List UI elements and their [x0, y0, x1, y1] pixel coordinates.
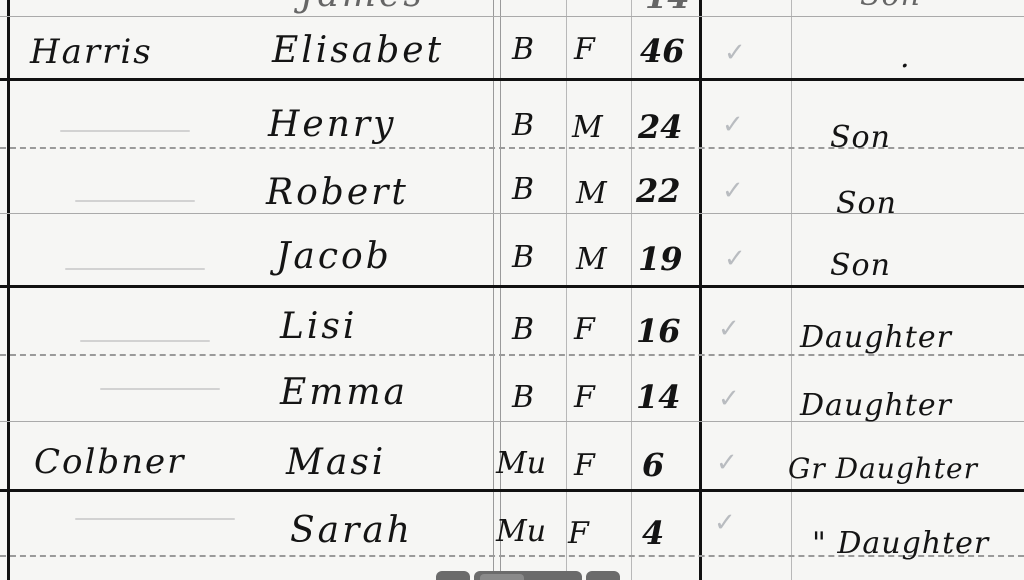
check-mark-icon: ✓	[724, 244, 746, 274]
ditto-stroke	[60, 130, 190, 132]
given-name: Sarah	[290, 510, 413, 551]
race: B	[512, 312, 534, 347]
ditto-stroke	[80, 340, 210, 342]
age: 24	[638, 108, 683, 146]
relationship: " Daughter	[812, 526, 989, 561]
sex: M	[572, 110, 603, 145]
given-name: Emma	[280, 372, 408, 413]
column-rule	[493, 0, 494, 580]
row-rule-thick	[0, 489, 1024, 492]
ditto-stroke	[75, 518, 235, 520]
age: 16	[636, 312, 681, 350]
relationship: Daughter	[800, 320, 952, 355]
column-rule	[631, 0, 632, 580]
check-mark-icon: ✓	[718, 384, 740, 414]
relationship: Daughter	[800, 388, 952, 423]
age: 19	[638, 240, 683, 278]
sex: F	[574, 448, 595, 483]
column-rule	[500, 0, 501, 580]
relationship: Son	[830, 120, 891, 155]
surname: Harris	[30, 32, 153, 72]
relationship: .	[900, 40, 911, 75]
next-button[interactable]	[586, 571, 620, 580]
row-rule	[0, 16, 1024, 17]
age: 14	[636, 378, 681, 416]
partial-age: 14	[645, 0, 690, 16]
partial-given-name: James	[300, 0, 425, 15]
column-rule-thick	[699, 0, 702, 580]
census-page-image: James 14 Son Harris Elisabet B F 46 ✓ . …	[0, 0, 1024, 580]
column-rule	[791, 0, 792, 580]
previous-button[interactable]	[436, 571, 470, 580]
zoom-control[interactable]	[474, 571, 582, 580]
race: B	[512, 172, 534, 207]
given-name: Masi	[286, 442, 386, 483]
sex: M	[576, 176, 607, 211]
sex: F	[574, 312, 595, 347]
left-border-rule	[7, 0, 10, 580]
sex: F	[574, 32, 595, 67]
sex: F	[568, 516, 589, 551]
relationship: Son	[830, 248, 891, 283]
check-mark-icon: ✓	[722, 176, 744, 206]
race: B	[512, 240, 534, 275]
column-rule	[566, 0, 567, 580]
age: 46	[640, 32, 685, 70]
partial-relationship: Son	[860, 0, 921, 13]
surname: Colbner	[34, 442, 185, 482]
relationship: Son	[836, 186, 897, 221]
given-name: Elisabet	[272, 30, 444, 71]
viewer-toolbar	[436, 571, 620, 580]
race: Mu	[496, 446, 546, 481]
given-name: Henry	[268, 104, 396, 145]
ditto-stroke	[75, 200, 195, 202]
check-mark-icon: ✓	[724, 38, 746, 68]
check-mark-icon: ✓	[718, 314, 740, 344]
sex: M	[576, 242, 607, 277]
given-name: Robert	[266, 172, 409, 213]
race: B	[512, 380, 534, 415]
row-rule-thick	[0, 285, 1024, 288]
check-mark-icon: ✓	[716, 448, 738, 478]
given-name: Lisi	[280, 306, 357, 347]
zoom-slider-handle[interactable]	[480, 574, 524, 580]
race: B	[512, 108, 534, 143]
age: 4	[642, 514, 664, 552]
sex: F	[574, 380, 595, 415]
age: 22	[636, 172, 681, 210]
ditto-stroke	[100, 388, 220, 390]
check-mark-icon: ✓	[714, 508, 736, 538]
race: Mu	[496, 514, 546, 549]
given-name: Jacob	[276, 236, 392, 277]
check-mark-icon: ✓	[722, 110, 744, 140]
relationship: Gr Daughter	[788, 452, 978, 485]
race: B	[512, 32, 534, 67]
age: 6	[642, 446, 664, 484]
ditto-stroke	[65, 268, 205, 270]
row-rule-thick	[0, 78, 1024, 81]
